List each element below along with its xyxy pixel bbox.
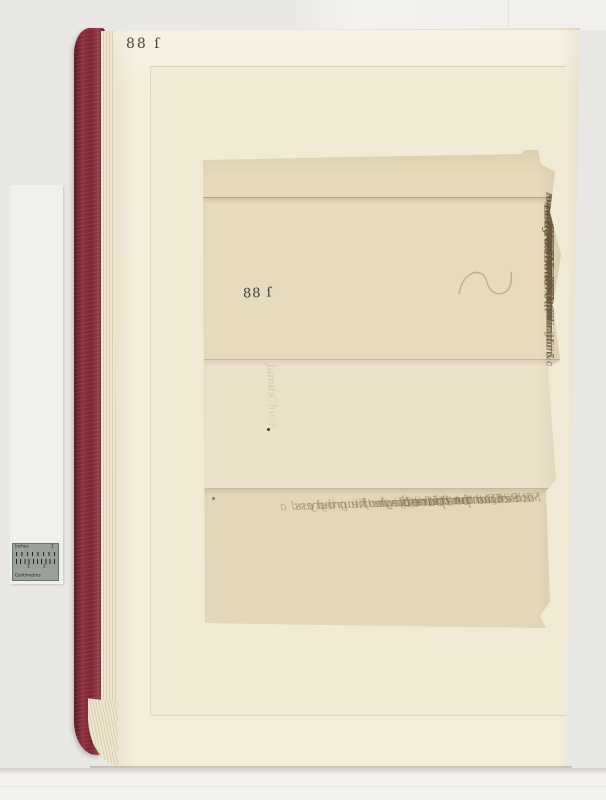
ruler-inches-label: Inches [15,544,29,549]
archival-photograph: 88 ſ [0,0,606,800]
ruler: Inches 1 1 2 Centimetres [12,543,59,581]
grayscale-column [24,188,36,544]
letter-document: Petition Lucy Summerour to have Land May… [203,150,565,628]
backdrop-seam [508,0,509,28]
backdrop-panel [290,0,606,30]
table-mat [0,768,606,800]
ruler-inch-ticks [16,552,55,556]
ruler-centimetres-label: Centimetres [15,573,41,578]
page-edges-fan [88,698,118,765]
ghost-bleedthrough-writing: Land Check James [239,363,282,456]
folio-number-stamp: 88 ſ [126,36,161,52]
ruler-inch-mark: 1 [51,544,54,549]
ink-fleck [267,428,270,431]
color-patch-column [37,188,62,541]
letter-number-stamp: 88 ſ [243,285,273,301]
mat-seam [0,786,606,787]
verso-bleedthrough-writing: Resolved that the state in the progress … [209,489,545,626]
ink-fleck [212,497,215,500]
ruler-cm-ticks [16,559,55,564]
mat-shadow [0,768,606,775]
ink-flourish [453,264,517,304]
ruler-cm-mark-1: 1 [27,564,30,569]
ruler-cm-mark-2: 2 [43,564,46,569]
ghost-line: James [261,363,280,397]
